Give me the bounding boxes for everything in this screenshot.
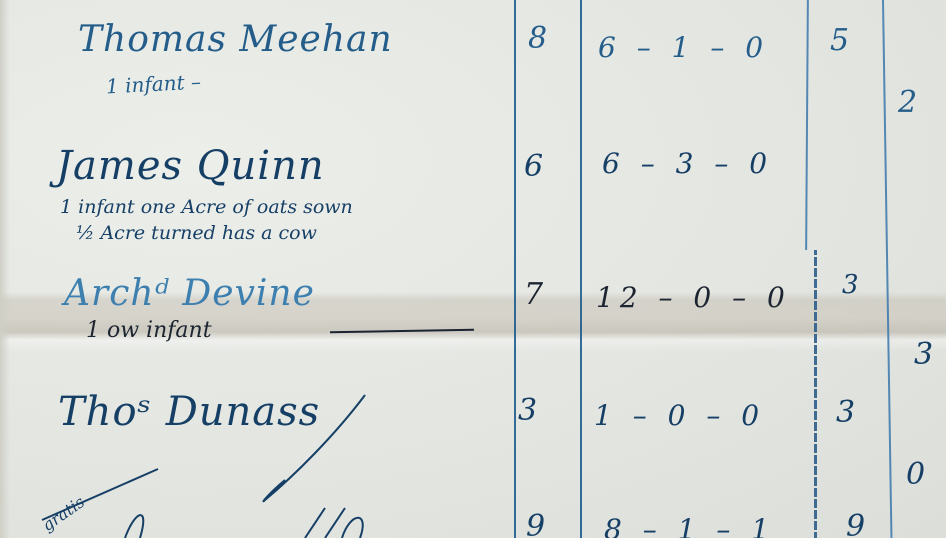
entry-note: 1 infant one Acre of oats sown [60,198,353,217]
entry-count: 8 [528,24,547,54]
entry-col5: 0 [906,460,925,490]
entry-note-2: ½ Acre turned has a cow [76,224,317,243]
entry-col5: 3 [914,340,933,370]
entry-note: 1 ow infant [86,320,212,342]
entry-col4: 9 [846,512,865,538]
entry-amount: 6 – 1 – 0 [598,34,769,62]
entry-count: 6 [524,152,543,182]
column-rule-2 [580,0,582,538]
entry-col5: 2 [898,88,917,118]
entry-col4: 3 [836,398,855,428]
paper-edge [0,0,10,538]
column-rule-3-lower [814,250,817,538]
descender-flourish [255,385,375,505]
entry-name: James Quinn [56,146,325,186]
entry-count: 3 [518,396,537,426]
entry-count: 9 [526,512,545,538]
entry-amount: 12 – 0 – 0 [596,284,791,312]
entry-amount: 1 – 0 – 0 [594,402,765,430]
entry-amount: 8 – 1 – 1 [604,516,775,538]
entry-note: 1 infant – [106,72,202,97]
entry-name: Archᵈ Devine [64,276,315,312]
column-rule-1 [514,0,516,538]
entry-col4: 3 [842,272,859,298]
entry-col4: 5 [830,26,849,56]
partial-name-strokes [80,500,400,538]
entry-count: 7 [524,280,543,310]
entry-amount: 6 – 3 – 0 [602,150,773,178]
entry-name: Thomas Meehan [78,22,393,58]
